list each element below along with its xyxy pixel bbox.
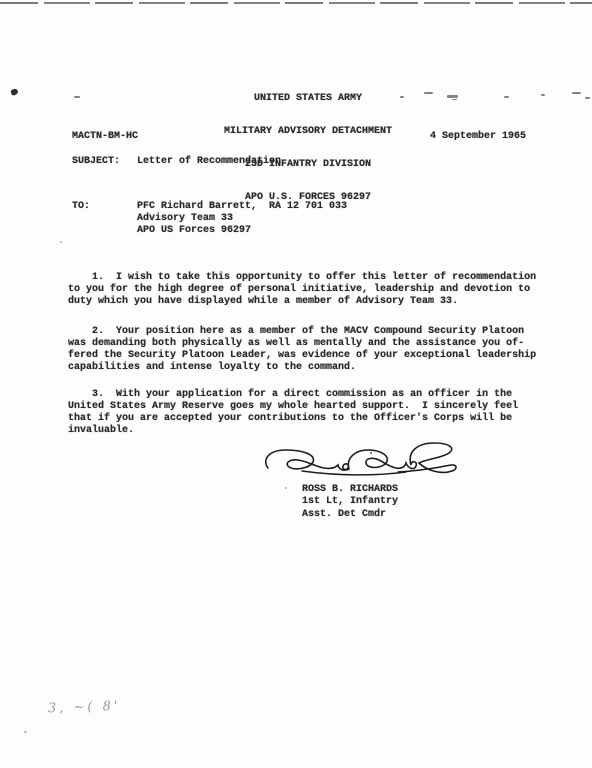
- scan-artifact-dash: [447, 95, 458, 98]
- signatory-title: Asst. Det Cmdr: [302, 509, 398, 521]
- letterhead-line-org: UNITED STATES ARMY: [168, 93, 448, 104]
- scan-artifact-speck: [24, 731, 27, 733]
- scan-artifact-dash: [541, 94, 545, 96]
- scan-artifact-dash: [504, 96, 509, 98]
- date: 4 September 1965: [430, 131, 526, 142]
- signatory-rank: 1st Lt, Infantry: [302, 496, 398, 508]
- scan-artifact-dash: [74, 96, 80, 98]
- signature-scribble-icon: [258, 437, 460, 485]
- signature-block: ROSS B. RICHARDS 1st Lt, Infantry Asst. …: [302, 484, 398, 521]
- scan-artifact-dash: [572, 92, 581, 94]
- letterhead-line-unit: MILITARY ADVISORY DETACHMENT: [168, 126, 448, 137]
- body-paragraph-3: 3. With your application for a direct co…: [68, 389, 558, 437]
- recipient-address: PFC Richard Barrett, RA 12 701 033 Advis…: [137, 201, 457, 237]
- subject-label: SUBJECT:: [72, 156, 120, 167]
- signatory-name: ROSS B. RICHARDS: [302, 484, 398, 496]
- scan-artifact-dash: [585, 97, 590, 99]
- body-paragraph-2: 2. Your position here as a member of the…: [68, 326, 558, 374]
- pencil-annotation: 3, ~( 8': [48, 699, 121, 717]
- scan-artifact-speck: [60, 241, 62, 243]
- subject-row: SUBJECT: Letter of Recommendation: [72, 156, 492, 167]
- subject-text: Letter of Recommendation: [137, 156, 457, 167]
- scan-artifact-top-edge: [0, 2, 592, 4]
- to-row: TO: PFC Richard Barrett, RA 12 701 033 A…: [72, 201, 492, 212]
- office-symbol: MACTN-BM-HC: [72, 131, 138, 142]
- scan-artifact-dash: [452, 99, 457, 100]
- scan-artifact-left-blob: [10, 88, 19, 96]
- to-label: TO:: [72, 201, 90, 212]
- scan-artifact-speck: [285, 487, 287, 489]
- body-paragraph-1: 1. I wish to take this opportunity to of…: [68, 272, 558, 308]
- scanned-letter-page: UNITED STATES ARMY MILITARY ADVISORY DET…: [0, 0, 592, 768]
